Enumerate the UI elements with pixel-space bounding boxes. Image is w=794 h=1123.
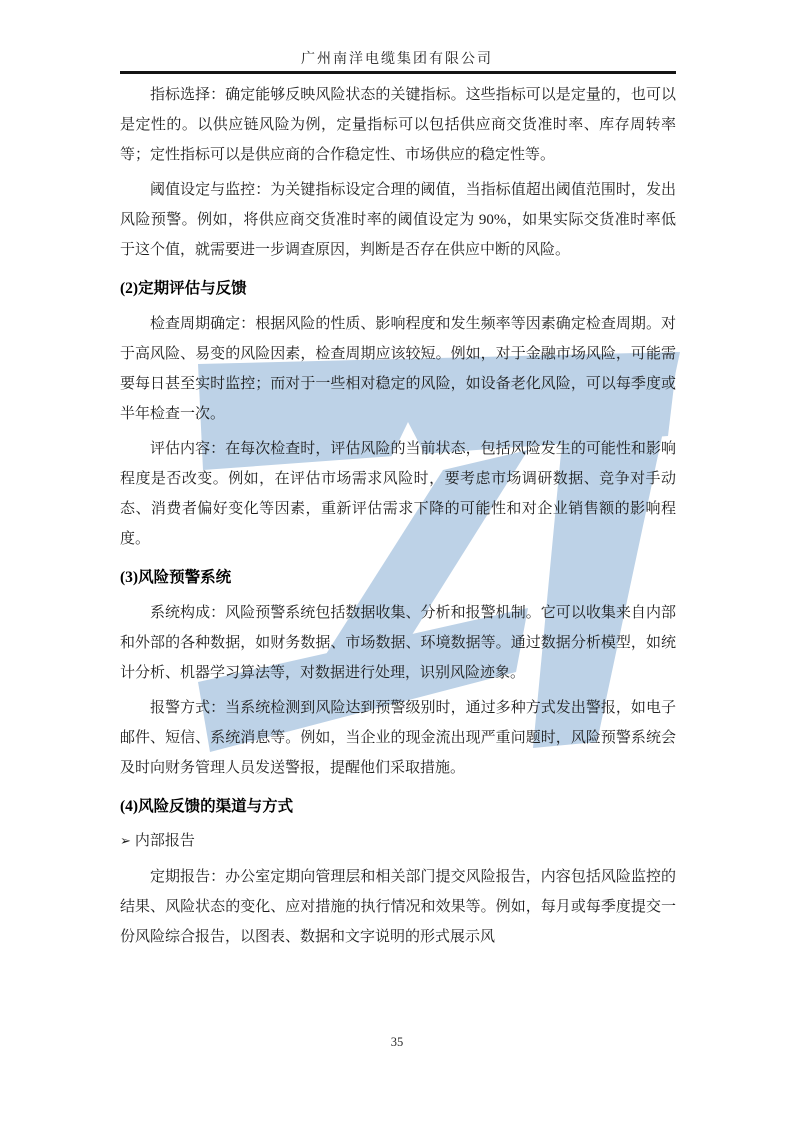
section-heading-4-feedback-channels: (4)风险反馈的渠道与方式 [120, 792, 676, 822]
document-body: 指标选择：确定能够反映风险状态的关键指标。这些指标可以是定量的，也可以是定性的。… [120, 80, 676, 952]
document-page: 广州南洋电缆集团有限公司 指标选择：确定能够反映风险状态的关键指标。这些指标可以… [0, 0, 794, 1123]
section-heading-3-risk-warning-system: (3)风险预警系统 [120, 563, 676, 593]
paragraph-alarm-method: 报警方式：当系统检测到风险达到预警级别时，通过多种方式发出警报，如电子邮件、短信… [120, 693, 676, 783]
header-rule [120, 71, 676, 74]
paragraph-check-cycle: 检查周期确定：根据风险的性质、影响程度和发生频率等因素确定检查周期。对于高风险、… [120, 309, 676, 429]
paragraph-evaluation-content: 评估内容：在每次检查时，评估风险的当前状态，包括风险发生的可能性和影响程度是否改… [120, 434, 676, 554]
paragraph-indicator-selection: 指标选择：确定能够反映风险状态的关键指标。这些指标可以是定量的，也可以是定性的。… [120, 80, 676, 170]
bullet-internal-report-label: 内部报告 [135, 833, 195, 849]
paragraph-threshold-monitoring: 阈值设定与监控：为关键指标设定合理的阈值，当指标值超出阈值范围时，发出风险预警。… [120, 175, 676, 265]
section-heading-2-periodic-evaluation: (2)定期评估与反馈 [120, 274, 676, 304]
arrowhead-bullet-icon: ➢ [120, 834, 131, 849]
header-company-name: 广州南洋电缆集团有限公司 [0, 48, 794, 68]
paragraph-system-composition: 系统构成：风险预警系统包括数据收集、分析和报警机制。它可以收集来自内部和外部的各… [120, 598, 676, 688]
page-number: 35 [0, 1035, 794, 1050]
paragraph-regular-report: 定期报告：办公室定期向管理层和相关部门提交风险报告，内容包括风险监控的结果、风险… [120, 862, 676, 952]
bullet-internal-report: ➢内部报告 [120, 826, 676, 857]
